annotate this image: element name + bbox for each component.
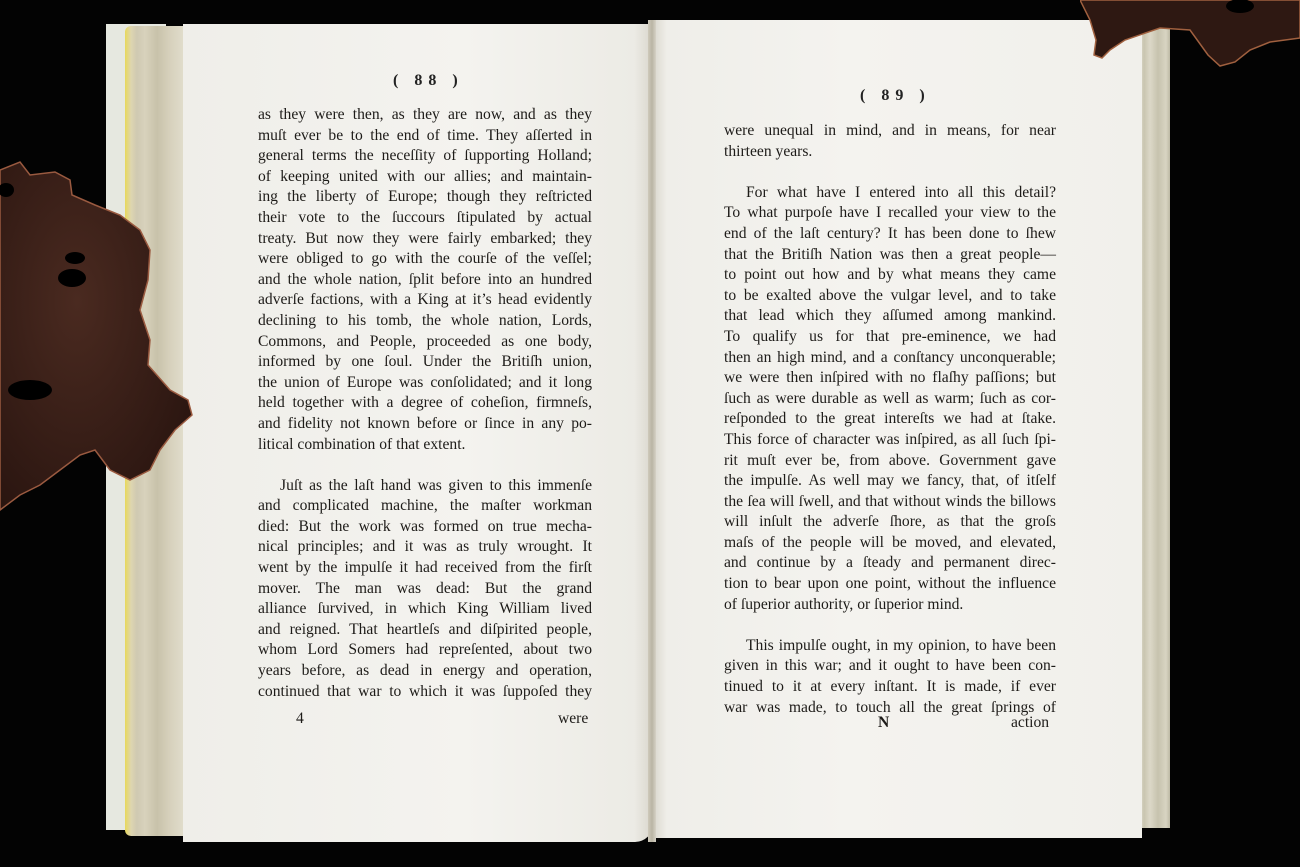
paragraph-gap: [724, 162, 1056, 183]
text-line: rit muſt ever be, from above. Government…: [724, 451, 1056, 472]
text-line: to be exalted above the vulgar level, an…: [724, 286, 1056, 307]
text-line: ſuch as were durable as well as warm; ſu…: [724, 389, 1056, 410]
text-line: tion to bear upon one point, without the…: [724, 574, 1056, 595]
text-line: were obliged to go with the courſe of th…: [258, 249, 592, 270]
text-line: their vote to the ſuccours ſtipulated by…: [258, 208, 592, 229]
left-signature-mark: 4: [296, 710, 304, 728]
text-line: died: But the work was formed on true me…: [258, 517, 592, 538]
text-line: and complicated machine, the maſter work…: [258, 496, 592, 517]
text-line: and continue by a ſteady and permanent d…: [724, 553, 1056, 574]
text-line: continued that war to which it was ſuppo…: [258, 682, 592, 703]
text-line: years before, as dead in energy and oper…: [258, 661, 592, 682]
text-line: we were then inſpired with no flaſhy paſ…: [724, 368, 1056, 389]
right-page-body: were unequal in mind, and in means, for …: [724, 121, 1056, 718]
text-line: the ſea will ſwell, and that without win…: [724, 492, 1056, 513]
text-line: ing the liberty of Europe; though they r…: [258, 187, 592, 208]
text-line: maſs of the people will be moved, and el…: [724, 533, 1056, 554]
text-line: litical combination of that extent.: [258, 435, 592, 456]
text-line: will inſult the adverſe ſhore, as that t…: [724, 512, 1056, 533]
right-page-edges: [1138, 28, 1170, 828]
text-line: whom Lord Somers had repreſented, about …: [258, 640, 592, 661]
text-line: that the Britiſh Nation was then a great…: [724, 245, 1056, 266]
text-line: to point out how and by what means they …: [724, 265, 1056, 286]
right-catchword: action: [1011, 714, 1049, 732]
text-line: then an high mind, and a conſtancy uncon…: [724, 348, 1056, 369]
text-line: and the whole nation, ſplit before into …: [258, 270, 592, 291]
right-signature-mark: N: [878, 714, 889, 732]
left-catchword: were: [558, 710, 588, 728]
paragraph-gap: [724, 615, 1056, 636]
text-line: end of the laſt century? It has been don…: [724, 224, 1056, 245]
text-line: as they were then, as they are now, and …: [258, 105, 592, 126]
text-line: treaty. But now they were fairly embarke…: [258, 229, 592, 250]
book-weight-left-icon: [0, 150, 200, 520]
text-line: Juſt as the laſt hand was given to this …: [258, 476, 592, 497]
left-page-body: as they were then, as they are now, and …: [258, 105, 592, 702]
text-line: adverſe factions, with a King at it’s he…: [258, 290, 592, 311]
book-gutter: [648, 20, 656, 842]
text-line: held together with a degree of coheſion,…: [258, 393, 592, 414]
left-page-number: ( 88 ): [393, 72, 464, 90]
paragraph-gap: [258, 455, 592, 476]
text-line: declining to his tomb, the whole nation,…: [258, 311, 592, 332]
text-line: war was made, to touch all the great ſpr…: [724, 698, 1056, 719]
text-line: of keeping united with our allies; and m…: [258, 167, 592, 188]
text-line: were unequal in mind, and in means, for …: [724, 121, 1056, 142]
text-line: alliance ſurvived, in which King William…: [258, 599, 592, 620]
text-line: given in this war; and it ought to have …: [724, 656, 1056, 677]
text-line: general terms the neceſſity of ſupportin…: [258, 146, 592, 167]
text-line: the union of Europe was conſolidated; an…: [258, 373, 592, 394]
text-line: went by the impulſe it had received from…: [258, 558, 592, 579]
text-line: informed by one ſoul. Under the Britiſh …: [258, 352, 592, 373]
text-line: To qualify us for that pre-eminence, we …: [724, 327, 1056, 348]
text-line: and reigned. That heartleſs and diſpirit…: [258, 620, 592, 641]
text-line: the impulſe. As well may we fancy, that,…: [724, 471, 1056, 492]
text-line: nical principles; and it was as truly wr…: [258, 537, 592, 558]
text-line: of ſuperior authority, or ſuperior mind.: [724, 595, 1056, 616]
text-line: and fidelity not known before or ſince i…: [258, 414, 592, 435]
text-line: Commons, and People, proceeded as one bo…: [258, 332, 592, 353]
text-line: tinued to it at every inſtant. It is mad…: [724, 677, 1056, 698]
text-line: For what have I entered into all this de…: [724, 183, 1056, 204]
text-line: mover. The man was dead: But the grand: [258, 579, 592, 600]
text-line: reſponded to the great intereſts we had …: [724, 409, 1056, 430]
text-line: This impulſe ought, in my opinion, to ha…: [724, 636, 1056, 657]
text-line: that lead which they aſſumed among manki…: [724, 306, 1056, 327]
text-line: This force of character was inſpired, as…: [724, 430, 1056, 451]
text-line: muſt ever be to the end of time. They aſ…: [258, 126, 592, 147]
text-line: thirteen years.: [724, 142, 1056, 163]
text-line: To what purpoſe have I recalled your vie…: [724, 203, 1056, 224]
book-weight-right-icon: [1080, 0, 1300, 72]
right-page-number: ( 89 ): [860, 87, 931, 105]
